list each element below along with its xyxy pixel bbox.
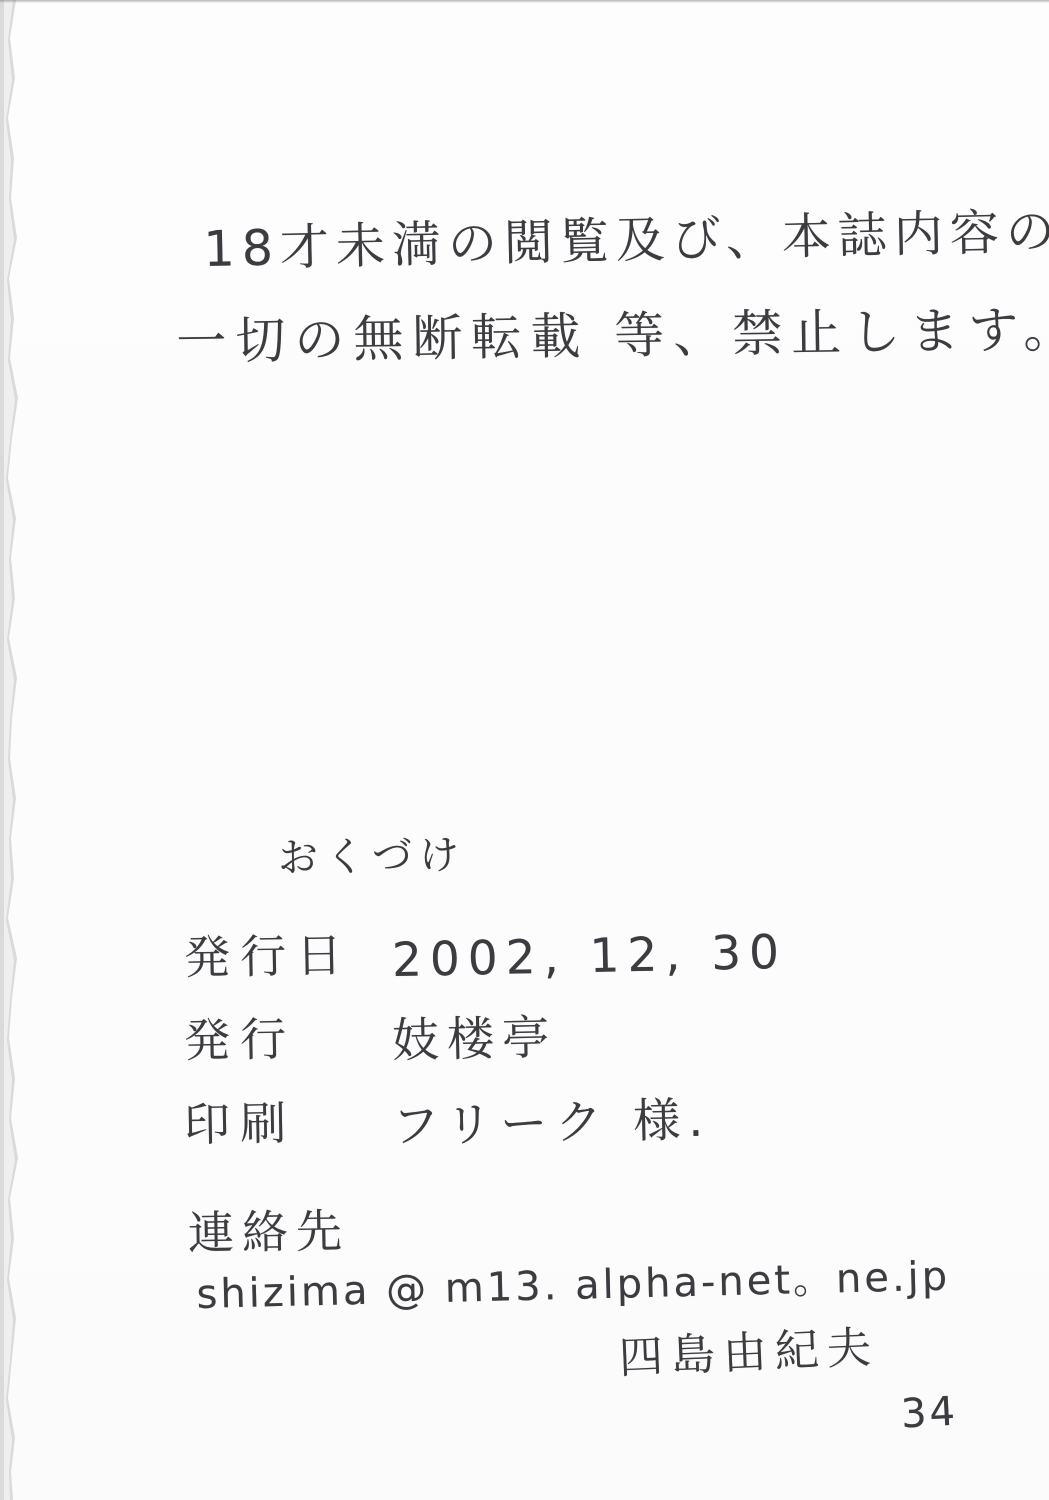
publisher-label: 発行 [183,1001,392,1071]
colophon-row-publisher: 発行妓楼亭 [184,1002,557,1069]
torn-paper-edge [0,0,30,1500]
author-signature: 四島由紀夫 [618,1323,880,1384]
publication-date-value: 2002, 12, 30 [391,925,787,988]
publication-date-label: 発行日 [183,918,392,988]
scanned-page: 18才未満の閲覧及び、本誌内容の 一切の無断転載 等、禁止します。 おくづけ 発… [0,0,1049,1500]
scan-edge-line [0,0,1049,3]
contact-email: shizima @ m13. alpha-net。ne.jp [196,1254,951,1318]
printer-label: 印刷 [183,1085,392,1155]
disclaimer-line-2: 一切の無断転載 等、禁止します。 [176,301,1049,371]
printer-value: フリーク 様. [391,1083,711,1157]
publisher-value: 妓楼亭 [391,1000,557,1070]
contact-label: 連絡先 [188,1205,351,1261]
page-number: 34 [900,1389,959,1438]
colophon-row-publication-date: 発行日2002, 12, 30 [184,920,787,986]
disclaimer-line-1: 18才未満の閲覧及び、本誌内容の [203,204,1049,278]
colophon-title: おくづけ [278,832,467,881]
colophon-row-printer: 印刷フリーク 様. [184,1086,711,1153]
